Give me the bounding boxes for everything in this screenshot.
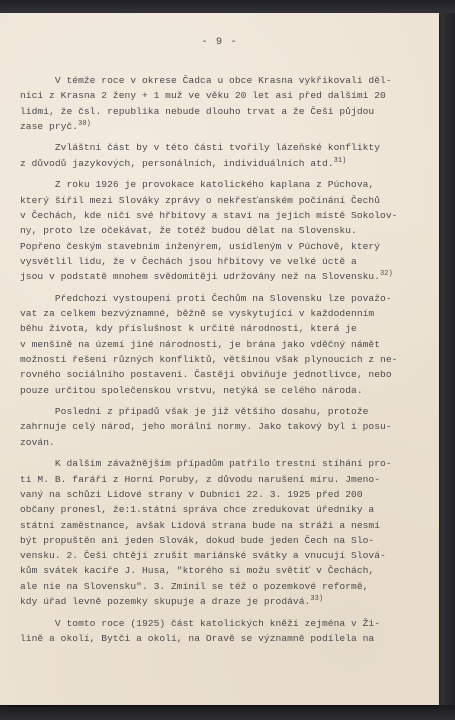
text-line: lidmi, že čsl. republika nebude dlouho t… — [20, 104, 420, 119]
text-line: vysvětlil lidu, že v Čechách jsou hřbito… — [20, 254, 420, 269]
text-line: možnosti řešení různých konfliktů, větši… — [20, 352, 420, 367]
text-line: ny, proto lze očekávat, že totéž budou d… — [20, 223, 420, 238]
footnote-ref: 30) — [78, 120, 91, 128]
text-line: vaný na schůzi Lidové strany v Dubnici 2… — [20, 487, 420, 502]
scanner-background-top — [0, 0, 455, 14]
text-line-content: jsou v podstatě mnohem svědomitěji udržo… — [20, 271, 380, 282]
footnote-ref: 31) — [334, 157, 347, 165]
paragraph-3: Z roku 1926 je provokace katolického kap… — [20, 177, 420, 284]
text-line: z důvodů jazykových, personálních, indiv… — [20, 156, 420, 171]
text-line: Popřeno českým stavebním inženýrem, usíd… — [20, 239, 420, 254]
text-line: občany pronesl, že:1.státní správa chce … — [20, 502, 420, 517]
text-line: V tomto roce (1925) část katolických kně… — [20, 616, 420, 631]
text-line: zase pryč.30) — [20, 119, 420, 134]
text-line: Zvláštní část by v této části tvořily lá… — [20, 140, 420, 155]
paragraph-2: Zvláštní část by v této části tvořily lá… — [20, 140, 420, 171]
text-line: K dalším závažnějším případům patřilo tr… — [20, 456, 420, 471]
footnote-ref: 33) — [310, 595, 323, 603]
text-line: v Čechách, kde ničí své hřbitovy a staví… — [20, 208, 420, 223]
document-body: V témže roce v okrese Čadca u obce Krasn… — [20, 73, 420, 652]
scanner-background-right — [439, 13, 455, 720]
paragraph-7: V tomto roce (1925) část katolických kně… — [20, 616, 420, 647]
text-line: ti M. B. faráři z Horní Poruby, z důvodu… — [20, 472, 420, 487]
text-line: vat za celkem bezvýznamné, běžně se vysk… — [20, 306, 420, 321]
text-line: zahrnuje celý národ, jeho morální normy.… — [20, 419, 420, 434]
text-line: kům svátek kacíře J. Husa, "ktorého si m… — [20, 563, 420, 578]
text-line: pouze určitou společenskou vrstvu, netýk… — [20, 383, 420, 398]
footnote-ref: 32) — [380, 270, 393, 278]
text-line: Z roku 1926 je provokace katolického kap… — [20, 177, 420, 192]
text-line: rovného sociálního postavení. Častěji ob… — [20, 367, 420, 382]
text-line-content: z důvodů jazykových, personálních, indiv… — [20, 158, 334, 169]
text-line: ale nie na Slovensku". 3. Zmínil se též … — [20, 579, 420, 594]
text-line: v menšině na území jiné národnosti, je b… — [20, 337, 420, 352]
text-line: který šířil mezi Slováky zprávy o nekřes… — [20, 193, 420, 208]
text-line: lině a okolí, Bytči a okolí, na Oravě se… — [20, 631, 420, 646]
text-line: být propuštěn ani jeden Slovák, dokud bu… — [20, 533, 420, 548]
text-line: běhu života, kdy příslušnost k určité ná… — [20, 321, 420, 336]
text-line: níci z Krasna 2 ženy + 1 muž ve věku 20 … — [20, 88, 420, 103]
text-line: zován. — [20, 435, 420, 450]
paragraph-5: Poslední z případů však je již většího d… — [20, 404, 420, 450]
paragraph-4: Předchozí vystoupení proti Čechům na Slo… — [20, 291, 420, 398]
text-line: jsou v podstatě mnohem svědomitěji udržo… — [20, 269, 420, 284]
scanner-background-bottom — [0, 705, 455, 720]
text-line: kdy úřad levně pozemky skupuje a draze j… — [20, 594, 420, 609]
text-line-content: zase pryč. — [20, 121, 78, 132]
page-number: - 9 - — [0, 36, 439, 48]
text-line: V témže roce v okrese Čadca u obce Krasn… — [20, 73, 420, 88]
text-line: Předchozí vystoupení proti Čechům na Slo… — [20, 291, 420, 306]
text-line-content: kdy úřad levně pozemky skupuje a draze j… — [20, 596, 310, 607]
paragraph-1: V témže roce v okrese Čadca u obce Krasn… — [20, 73, 420, 134]
text-line: vensku. 2. Češi chtějí zrušit mariánské … — [20, 548, 420, 563]
paragraph-6: K dalším závažnějším případům patřilo tr… — [20, 456, 420, 609]
text-line: státní zaměstnance, avšak Lidová strana … — [20, 518, 420, 533]
text-line: Poslední z případů však je již většího d… — [20, 404, 420, 419]
